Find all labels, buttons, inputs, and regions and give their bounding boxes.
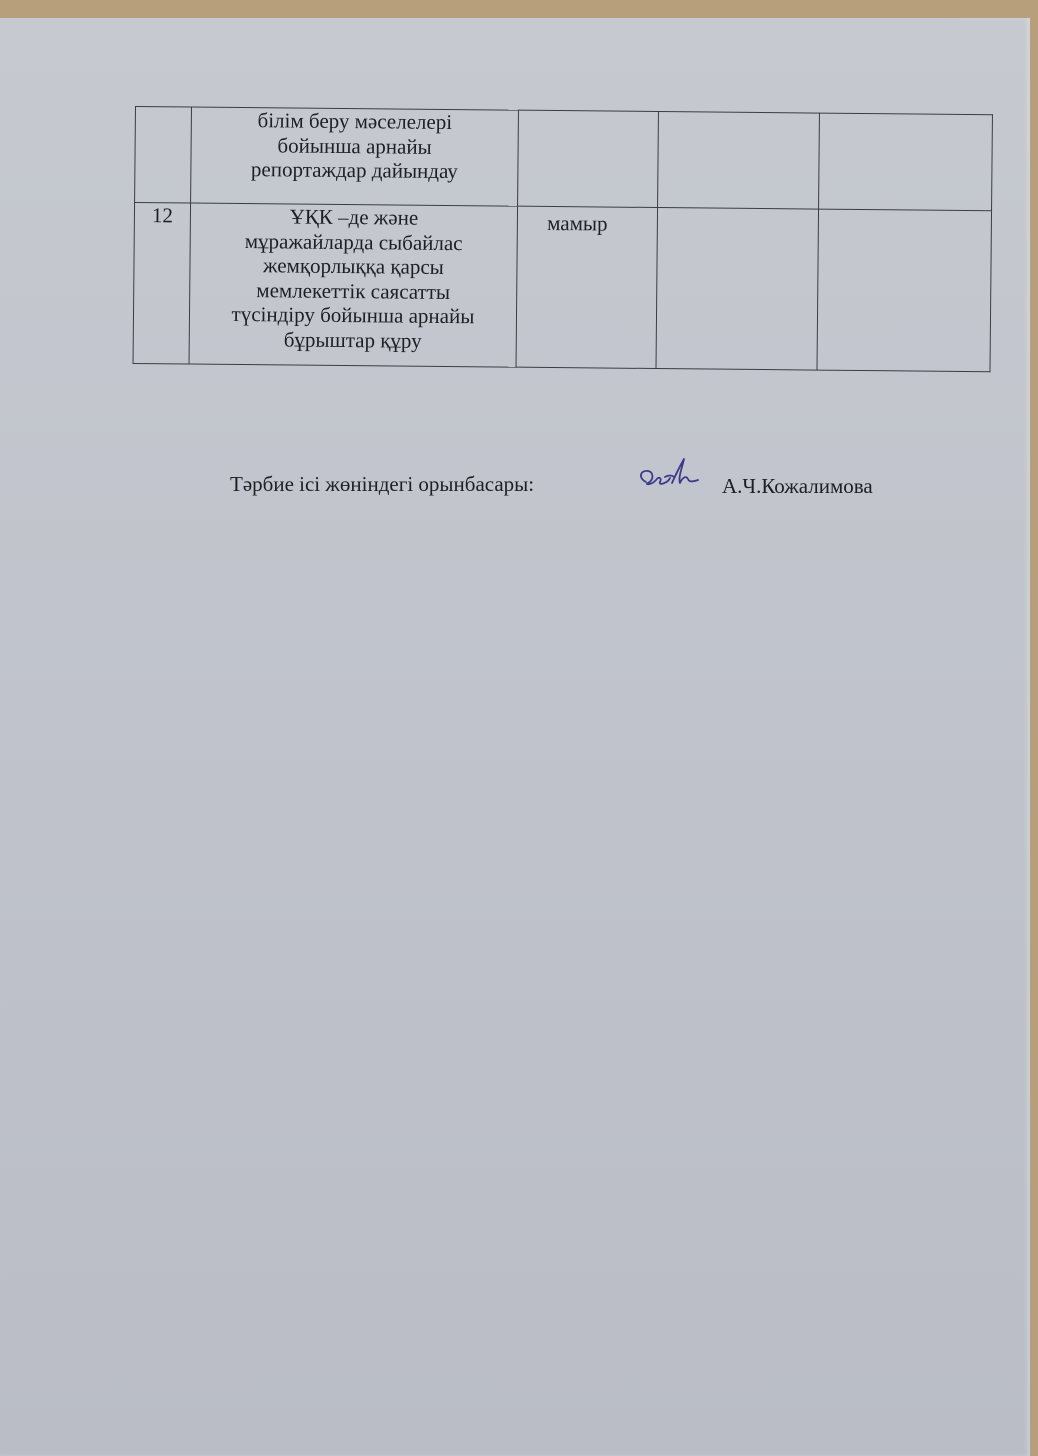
signatory-name: А.Ч.Кожалимова (722, 474, 873, 499)
row-number-cell: 12 (133, 203, 191, 365)
signatory-position: Тәрбие ісі жөніндегі орынбасары: (230, 472, 534, 497)
task-line: бұрыштар құру (190, 326, 516, 354)
table-row: 12 ҰҚК –де және мұражайларда сыбайлас же… (133, 203, 992, 372)
task-line: түсіндіру бойынша арнайы (190, 302, 516, 330)
task-line: бойынша арнайы (192, 132, 518, 160)
row-number-cell (135, 107, 192, 204)
task-line: ҰҚК –де және (191, 204, 517, 232)
responsible-cell (658, 112, 820, 210)
handwritten-signature-icon (632, 456, 702, 496)
task-line: білім беру мәселелері (192, 108, 518, 136)
row-number (136, 107, 191, 108)
date-text (519, 111, 658, 116)
paper-top-edge (0, 18, 960, 38)
signature-block: Тәрбие ісі жөніндегі орынбасары: А.Ч.Кож… (230, 468, 930, 508)
note-cell (817, 209, 992, 372)
task-line: мұражайларда сыбайлас (191, 228, 517, 256)
task-cell: ҰҚК –де және мұражайларда сыбайлас жемқо… (189, 203, 518, 367)
note-cell (819, 113, 993, 211)
responsible-cell (656, 208, 819, 371)
task-line: репортаждар дайындау (191, 157, 517, 185)
document-page: білім беру мәселелері бойынша арнайы реп… (0, 18, 1030, 1456)
table-row: білім беру мәселелері бойынша арнайы реп… (135, 107, 993, 211)
date-cell (518, 110, 659, 207)
date-cell: мамыр (516, 206, 658, 368)
task-line: жемқорлыққа қарсы (190, 253, 516, 281)
task-cell: білім беру мәселелері бойынша арнайы реп… (191, 107, 519, 206)
plan-table: білім беру мәселелері бойынша арнайы реп… (133, 106, 993, 372)
task-line: мемлекеттік саясатты (190, 277, 516, 305)
row-number: 12 (135, 203, 190, 228)
date-text: мамыр (518, 207, 657, 237)
